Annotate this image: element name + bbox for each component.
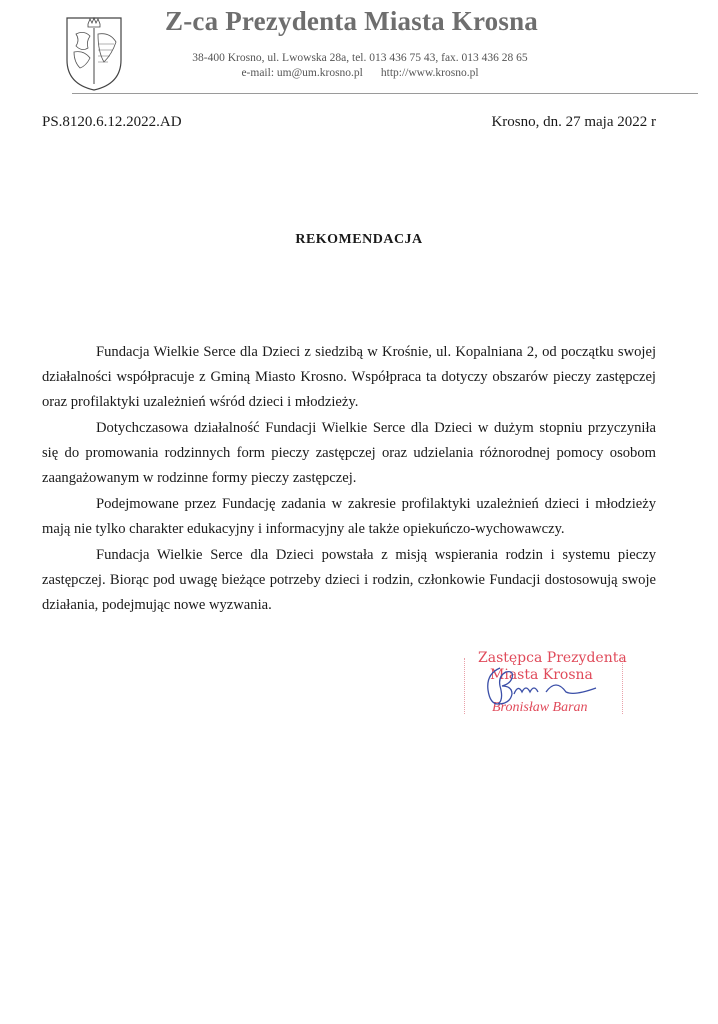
- letterhead-address: 38-400 Krosno, ul. Lwowska 28a, tel. 013…: [150, 52, 570, 64]
- coat-of-arms-icon: [64, 14, 124, 92]
- reference-number: PS.8120.6.12.2022.AD: [42, 114, 182, 131]
- letterhead-email[interactable]: e-mail: um@um.krosno.pl: [241, 67, 362, 79]
- stamp-border-left: [464, 658, 467, 714]
- place-date: Krosno, dn. 27 maja 2022 r: [491, 114, 656, 131]
- letterhead-title: Z-ca Prezydenta Miasta Krosna: [165, 6, 538, 37]
- letterhead-website[interactable]: http://www.krosno.pl: [381, 67, 479, 79]
- paragraph: Fundacja Wielkie Serce dla Dzieci z sied…: [42, 340, 656, 415]
- paragraph: Podejmowane przez Fundację zadania w zak…: [42, 492, 656, 542]
- stamp-border-right: [622, 658, 625, 714]
- paragraph: Fundacja Wielkie Serce dla Dzieci powsta…: [42, 543, 656, 618]
- letterhead-contact: e-mail: um@um.krosno.plhttp://www.krosno…: [150, 67, 570, 79]
- letter-body: Fundacja Wielkie Serce dla Dzieci z sied…: [42, 340, 656, 619]
- letterhead-divider: [72, 93, 698, 94]
- handwritten-signature-icon: [470, 660, 610, 720]
- paragraph: Dotychczasowa działalność Fundacji Wielk…: [42, 416, 656, 491]
- document-title: REKOMENDACJA: [0, 232, 718, 248]
